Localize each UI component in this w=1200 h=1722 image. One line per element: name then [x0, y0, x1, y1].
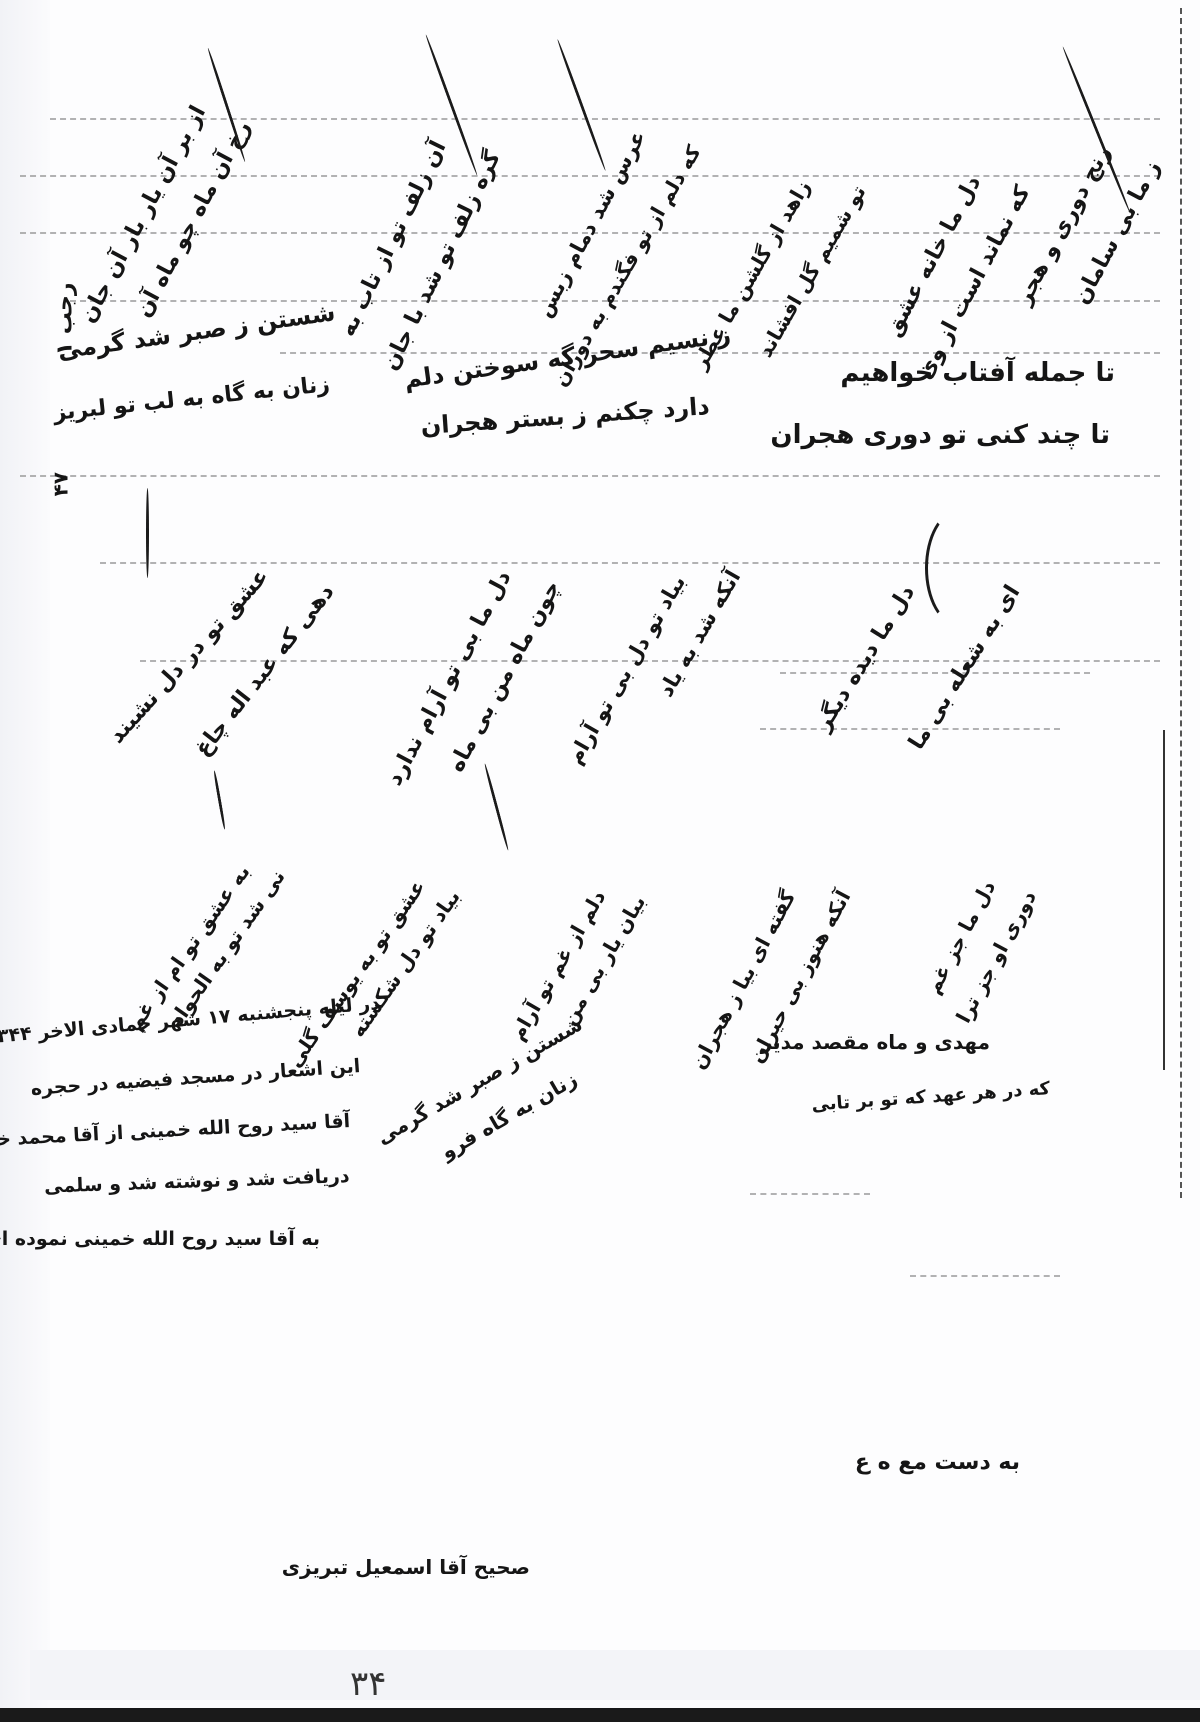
ruled-line [140, 660, 1160, 662]
verse-line: آن زلف تو از تاب به [335, 137, 451, 341]
scan-bottom-band [30, 1650, 1200, 1700]
ruled-line [100, 562, 1160, 564]
note-line: که در هر عهد که تو بر تابی [811, 1078, 1051, 1116]
ruled-line [780, 672, 1090, 674]
page-number: ۳۴ [350, 1664, 387, 1704]
ruled-line [750, 1193, 870, 1195]
verse-line: دل ما دیده دیگر [811, 581, 920, 735]
bracket-stroke [146, 488, 149, 578]
ruled-line [20, 475, 1160, 477]
verse-line: دهی که عبد اله چاغ [190, 580, 339, 761]
verse-line: گره زلف تو شد با جان [378, 147, 506, 374]
dated-note-line: این اشعار در مسجد فیضیه در حجره [30, 1055, 361, 1100]
scan-edge [0, 1708, 1200, 1722]
signature-bottom: صحیح آقا اسمعیل تبریزی [282, 1555, 530, 1579]
verse-line: عشق تو در دل نشیند [105, 564, 275, 748]
verse-line: زنان به گاه به لب تو لبریز [53, 372, 332, 426]
verse-line: دارد چکنم ز بستر هجران [420, 392, 711, 440]
note-line: مهدی و ماه مقصد مدیر [761, 1030, 990, 1054]
document-page: رجب ۱ ۴۷ از بر آن یار بار آن جان رخ آن م… [0, 0, 1200, 1708]
bracket-stroke [213, 770, 226, 830]
dated-note-line: به آقا سید روح الله خمینی نموده ای [0, 1228, 320, 1250]
verse-line: تا چند کنی تو دوری هجران [770, 420, 1110, 450]
verse-line: تو شمیم گل افشاند [752, 181, 870, 361]
verse-line: عرس شد دمام زبس [532, 126, 651, 321]
verse-line: تا جمله آفتاب خواهیم [840, 358, 1115, 388]
dated-note-line: دریافت شد و نوشته شد و سلمی [44, 1165, 350, 1198]
ruled-line [910, 1275, 1060, 1277]
signature-right: به دست مع ه ع [855, 1450, 1020, 1475]
bracket-curve [925, 510, 991, 626]
bracket-stroke [483, 763, 509, 851]
bracket-stroke [556, 39, 607, 172]
ruled-line [20, 175, 1160, 177]
ruled-line [50, 118, 1160, 120]
dated-note-line: آقا سید روح الله خمینی از آقا محمد خان د… [0, 1110, 351, 1154]
margin-mark: ۴۷ [48, 472, 72, 496]
page-border-right [1180, 8, 1182, 1198]
scan-margin [0, 0, 50, 1708]
page-border-bracket [1163, 730, 1165, 1070]
